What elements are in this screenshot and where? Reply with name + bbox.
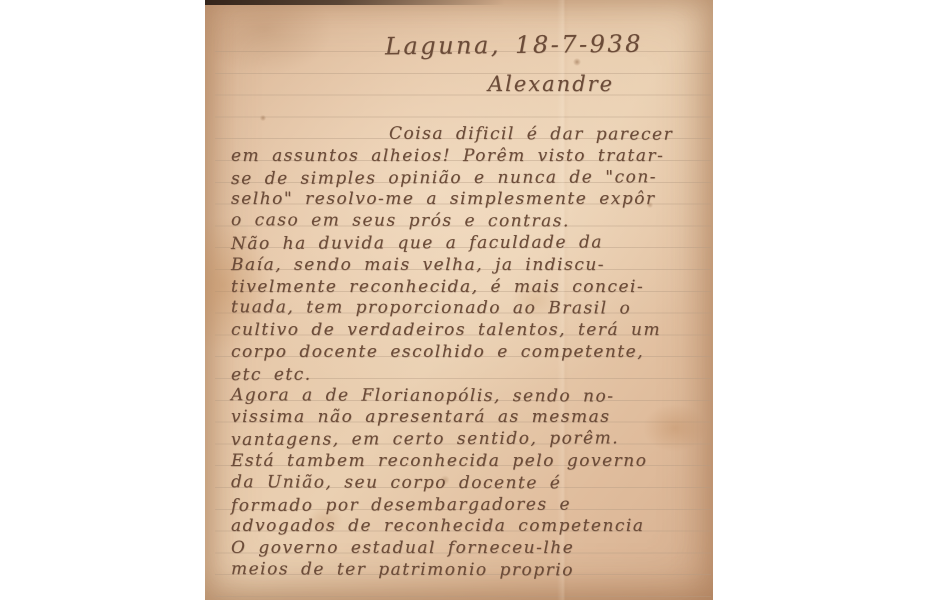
letter-line: formado por desembargadores e (231, 494, 709, 518)
letter-line: selho" resolvo-me a simplesmente expôr (231, 189, 709, 211)
photo-background: Laguna, 18-7-938 Alexandre Coisa dificil… (0, 0, 940, 600)
letter-body: Coisa dificil é dar parecer em assuntos … (231, 124, 709, 582)
letter-line: tivelmente reconhecida, é mais concei- (231, 277, 709, 299)
letter-line: meios de ter patrimonio proprio (231, 559, 709, 582)
letter-line: vantagens, em certo sentido, porêm. (231, 428, 709, 452)
letter-line: Baía, sendo mais velha, ja indiscu- (231, 255, 709, 277)
letter-line: etc etc. (231, 363, 709, 387)
letter-line: Coisa dificil é dar parecer (231, 123, 709, 146)
paper-top-shadow (205, 0, 505, 5)
letter-line: advogados de reconhecida competencia (231, 516, 709, 538)
dateline: Laguna, 18-7-938 (385, 30, 643, 61)
letter-line: Não ha duvida que a faculdade da (231, 232, 709, 256)
letter-line: vissima não apresentará as mesmas (231, 407, 709, 429)
salutation: Alexandre (488, 72, 614, 96)
letter-line: Está tambem reconhecida pelo governo (231, 451, 709, 473)
letter-line: cultivo de verdadeiros talentos, terá um (231, 320, 709, 342)
letter-paper: Laguna, 18-7-938 Alexandre Coisa dificil… (205, 0, 713, 600)
letter-line: O governo estadual forneceu-lhe (231, 538, 709, 560)
letter-line: se de simples opinião e nunca de "con- (231, 167, 709, 191)
letter-line: o caso em seus prós e contras. (231, 210, 709, 233)
letter-line: da União, seu corpo docente é (231, 472, 709, 495)
letter-line: corpo docente escolhido e competente, (231, 342, 709, 364)
letter-line: Agora a de Florianopólis, sendo no- (231, 385, 709, 408)
letter-line: tuada, tem proporcionado ao Brasil o (231, 298, 709, 321)
letter-line: em assuntos alheios! Porêm visto tratar- (231, 146, 709, 168)
